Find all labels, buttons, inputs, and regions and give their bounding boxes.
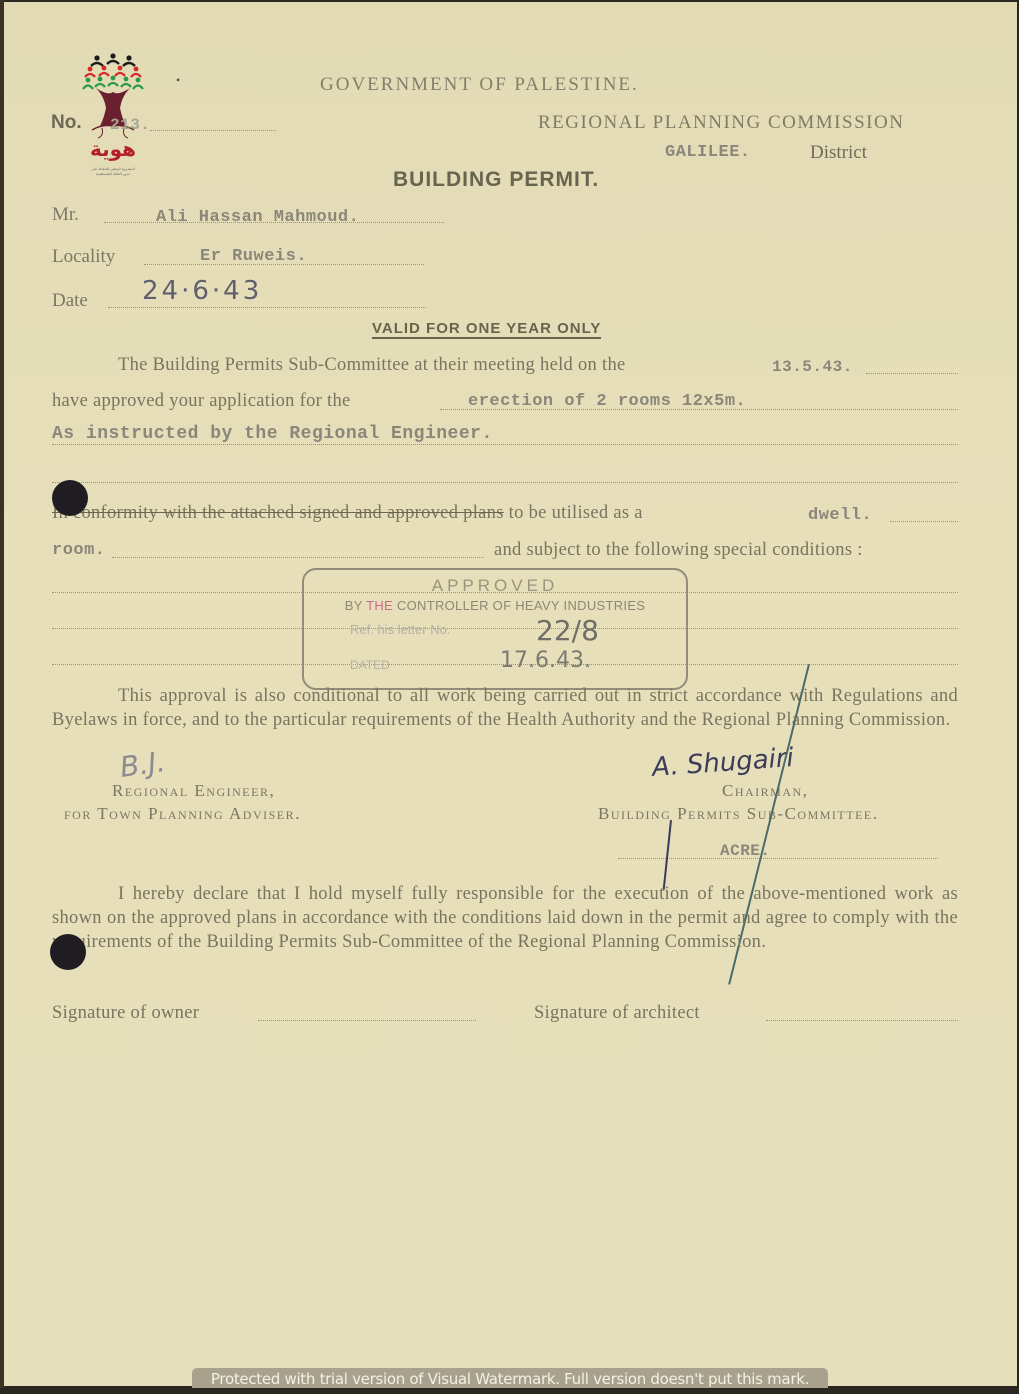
stamp-the: THE xyxy=(366,598,397,613)
engineer-title: Regional Engineer, xyxy=(112,781,275,801)
document-title: BUILDING PERMIT. xyxy=(393,168,599,192)
meeting-date-line xyxy=(866,373,958,374)
stamp-date-value: 17.6.43. xyxy=(500,648,591,673)
owner-name: Ali Hassan Mahmoud. xyxy=(156,208,359,227)
stamp-controller: BY THE CONTROLLER OF HEAVY INDUSTRIES xyxy=(304,598,686,613)
stamp-ref-value: 22/8 xyxy=(536,614,599,647)
owner-signature-line[interactable] xyxy=(258,1020,476,1021)
utilisation-text: to be utilised as a xyxy=(509,503,643,523)
architect-signature-label: Signature of architect xyxy=(534,1003,700,1024)
date-line xyxy=(108,307,426,308)
use-line xyxy=(890,521,958,522)
use-continued-line xyxy=(112,557,484,558)
punch-hole-top xyxy=(52,480,88,516)
locality-value: Er Ruweis. xyxy=(200,247,307,266)
permit-number-label: No. xyxy=(51,112,82,134)
validity-notice: VALID FOR ONE YEAR ONLY xyxy=(372,320,601,339)
mr-label: Mr. xyxy=(52,204,79,226)
stamp-approved: APPROVED xyxy=(304,576,686,596)
svg-text:جذور العائلة الفلسطينية: جذور العائلة الفلسطينية xyxy=(96,172,130,176)
commission-heading: REGIONAL PLANNING COMMISSION xyxy=(538,112,904,134)
adviser-title: for Town Planning Adviser. xyxy=(64,804,301,824)
date-value: 24·6·43 xyxy=(142,276,262,306)
permit-number-value: 213. xyxy=(110,116,150,134)
permit-number-line xyxy=(150,130,276,131)
conformity-text: In conformity with the attached signed a… xyxy=(52,503,643,524)
meeting-date: 13.5.43. xyxy=(772,358,853,376)
chairman-title: Chairman, xyxy=(722,781,808,801)
application-text: have approved your application for the xyxy=(52,391,351,412)
use-value: dwell. xyxy=(808,506,872,525)
punch-hole-bottom xyxy=(50,934,86,970)
svg-text:المشروع الوطني للحفاظ على: المشروع الوطني للحفاظ على xyxy=(91,167,135,171)
district-label: District xyxy=(810,142,867,164)
date-label: Date xyxy=(52,290,88,312)
dot-mark: • xyxy=(176,73,180,88)
stamp-ref-label: Ref. his letter No. xyxy=(350,622,450,637)
instruction-note: As instructed by the Regional Engineer. xyxy=(52,424,493,444)
conditions-text: and subject to the following special con… xyxy=(494,540,863,561)
government-heading: GOVERNMENT OF PALESTINE. xyxy=(320,74,639,96)
architect-signature-line[interactable] xyxy=(766,1020,958,1021)
blank-line xyxy=(52,482,958,483)
application-purpose: erection of 2 rooms 12x5m. xyxy=(468,392,746,411)
stamp-controller-name: CONTROLLER OF HEAVY INDUSTRIES xyxy=(397,598,645,613)
struck-conformity-clause: In conformity with the attached signed a… xyxy=(52,503,504,523)
locality-label: Locality xyxy=(52,246,115,268)
stamp-by: BY xyxy=(345,598,366,613)
scan-bottom-edge xyxy=(0,1388,1019,1394)
use-value-continued: room. xyxy=(52,541,106,560)
svg-text:هوية: هوية xyxy=(90,137,136,161)
watermark-banner: Protected with trial version of Visual W… xyxy=(192,1368,828,1390)
district-value: GALILEE. xyxy=(665,143,751,162)
engineer-signature: B.J. xyxy=(118,745,167,784)
owner-declaration: I hereby declare that I hold myself full… xyxy=(52,882,958,954)
approval-paragraph: This approval is also conditional to all… xyxy=(52,684,958,732)
committee-title: Building Permits Sub-Committee. xyxy=(598,804,878,824)
instruction-line xyxy=(52,444,958,445)
approval-stamp: APPROVED BY THE CONTROLLER OF HEAVY INDU… xyxy=(302,568,688,690)
meeting-text: The Building Permits Sub-Committee at th… xyxy=(118,355,626,376)
stamp-dated-label: DATED xyxy=(350,658,390,672)
owner-signature-label: Signature of owner xyxy=(52,1003,199,1024)
